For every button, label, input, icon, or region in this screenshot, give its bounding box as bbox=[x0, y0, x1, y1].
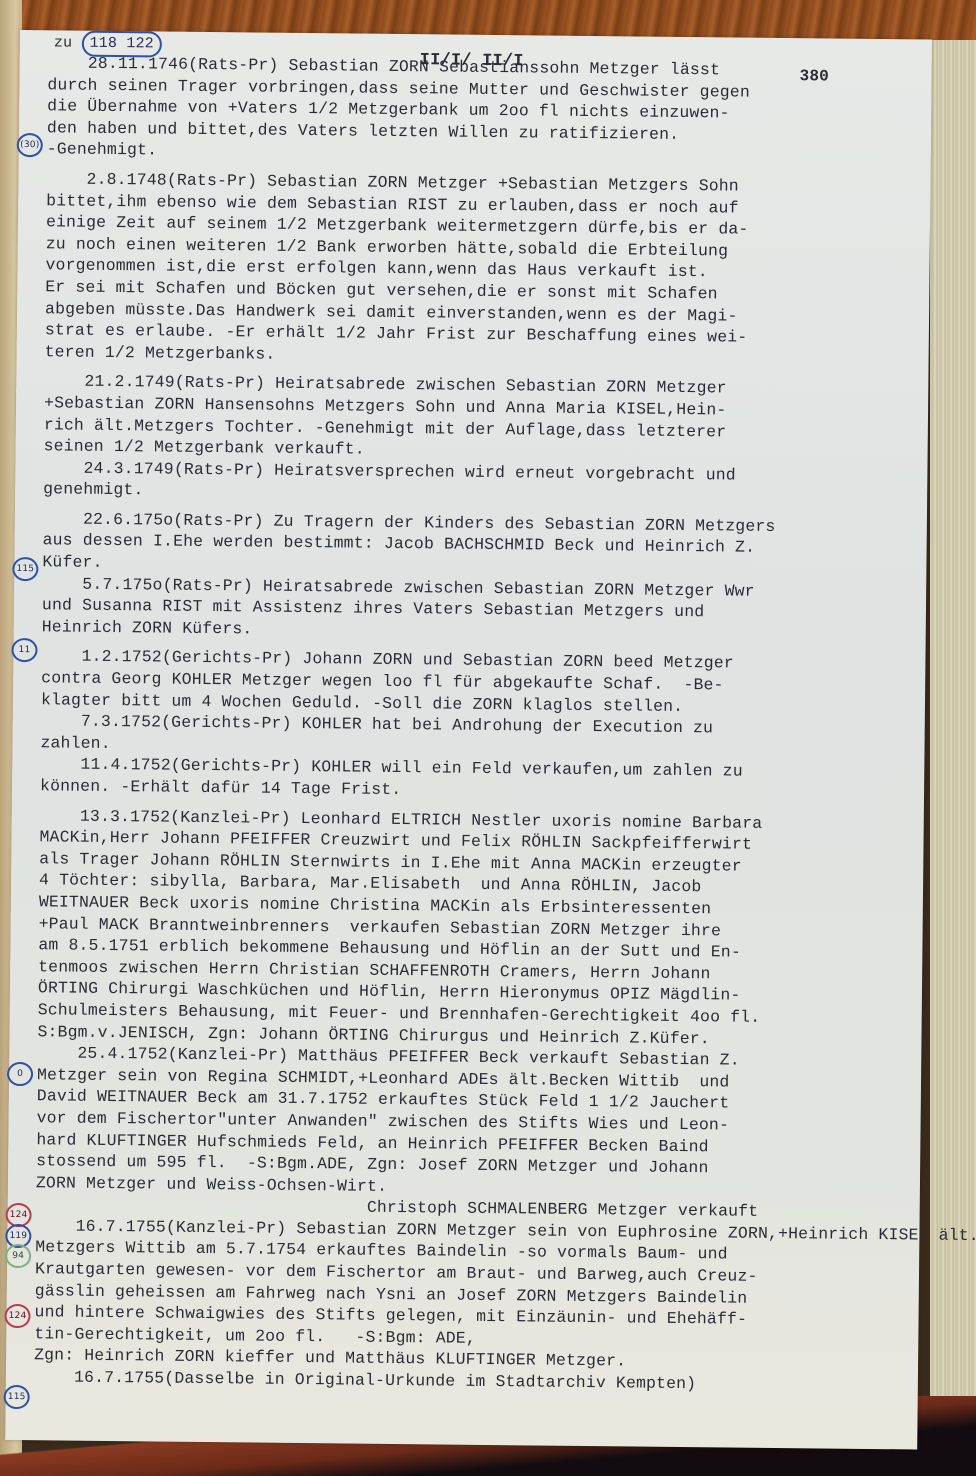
margin-reference-mark: 0 bbox=[7, 1062, 33, 1086]
margin-reference-mark: 94 bbox=[5, 1244, 31, 1268]
reference-prefix: zu bbox=[54, 34, 73, 51]
margin-reference-mark: 115 bbox=[12, 557, 38, 581]
document-page: zu 118 122 II/I/ II/I 380 (30)1151101241… bbox=[5, 30, 932, 1449]
margin-reference-mark: 115 bbox=[4, 1385, 30, 1409]
margin-reference-mark: 124 bbox=[4, 1304, 30, 1328]
margin-reference-mark: 11 bbox=[11, 638, 37, 662]
margin-reference-mark: (30) bbox=[17, 133, 43, 157]
document-body: 28.11.1746(Rats-Pr) Sebastian ZORN Sebas… bbox=[34, 52, 938, 1397]
